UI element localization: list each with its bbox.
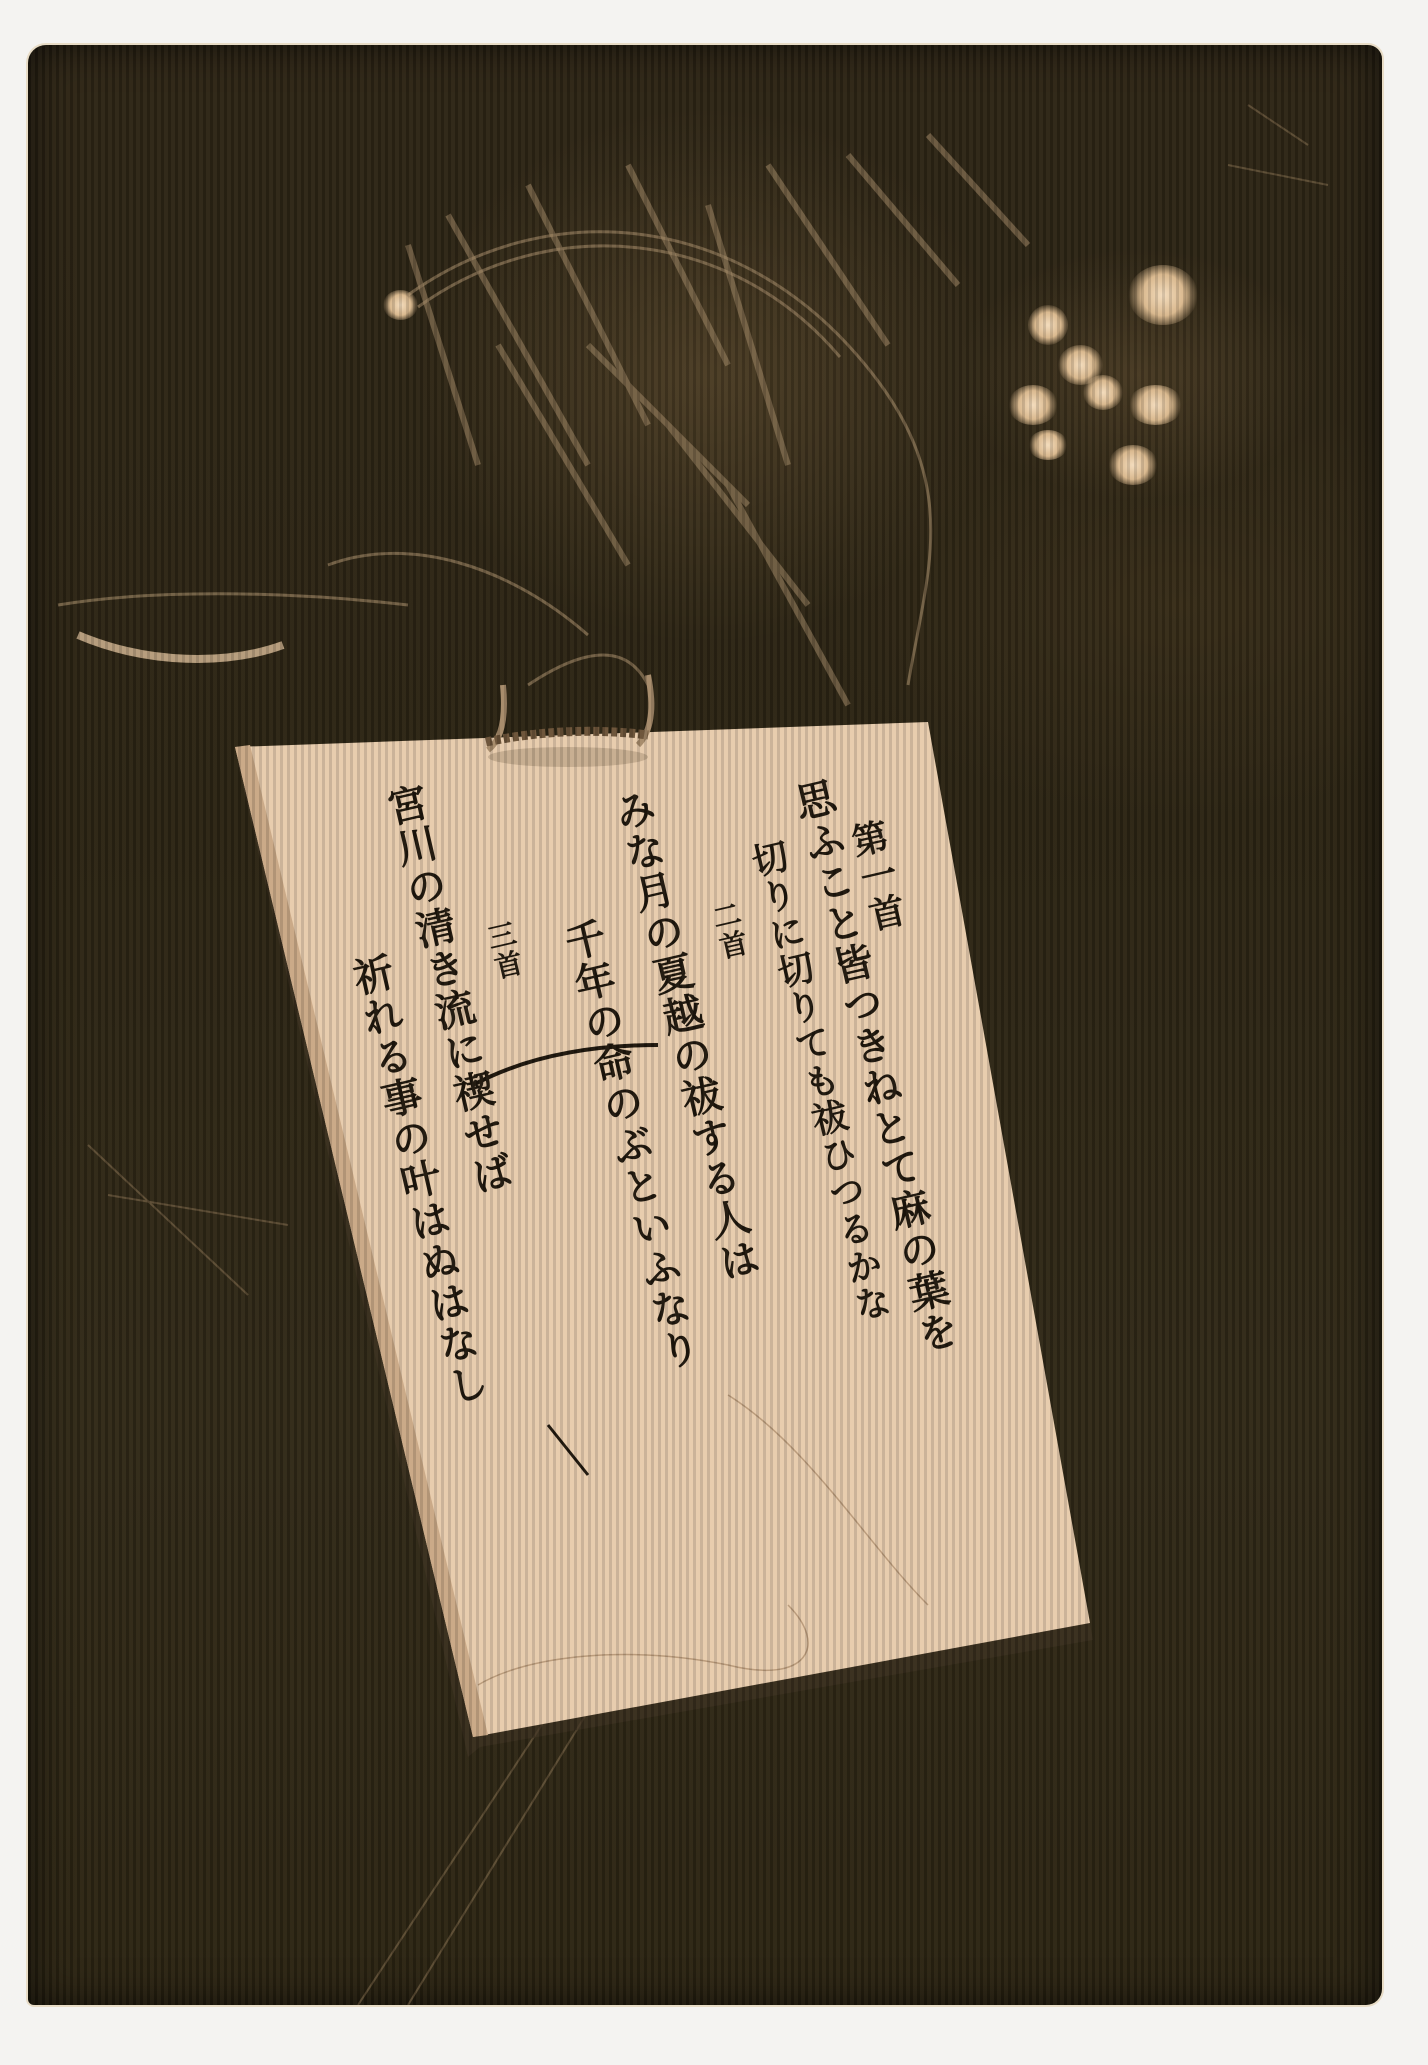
sepia-photo-print: 第一首 思ふこと皆つきねとて麻の葉を 切りに切りても祓ひつるかな みな月の夏越の…: [28, 45, 1382, 2005]
